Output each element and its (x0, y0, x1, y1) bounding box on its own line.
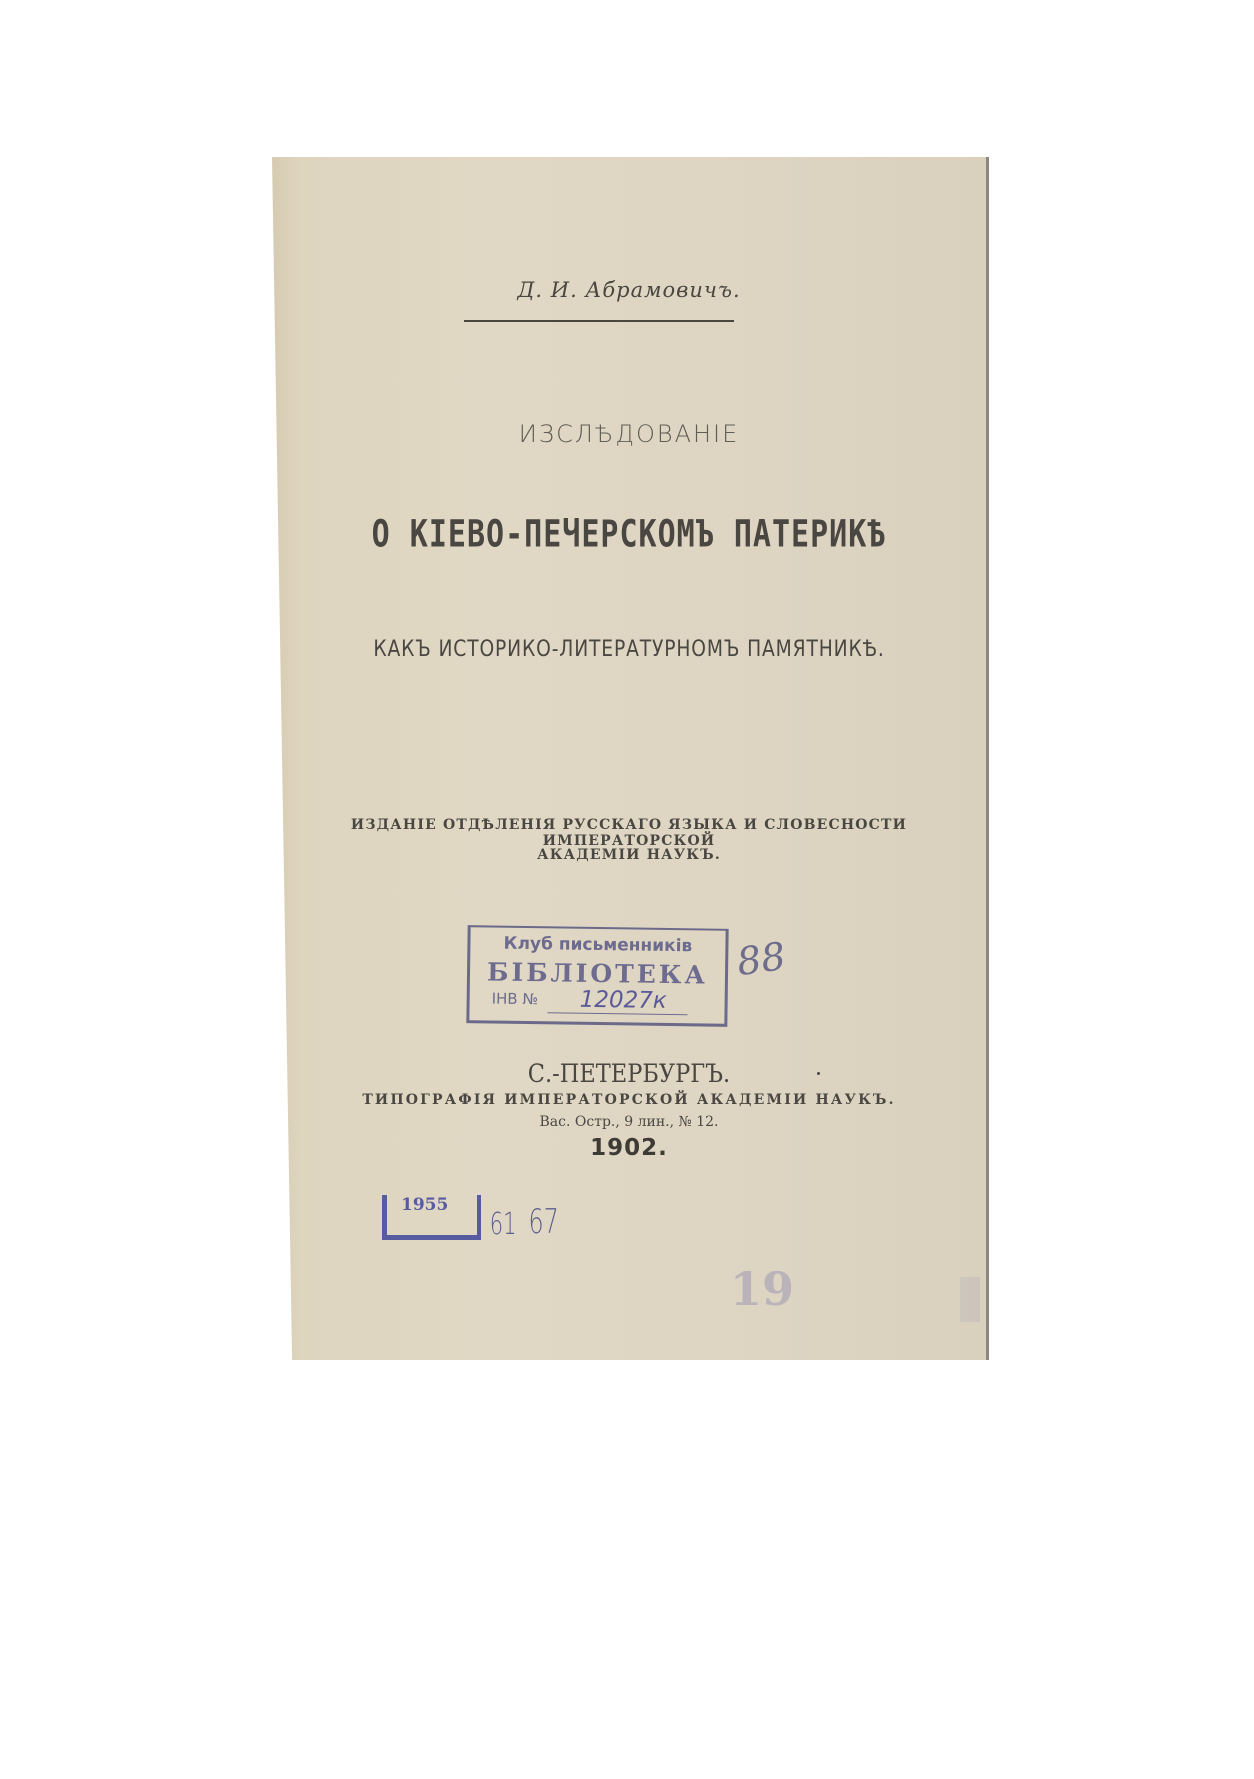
faded-stamp-edge (960, 1277, 980, 1322)
shelf-mark-1: 61 (490, 1207, 517, 1242)
subtitle-bottom: КАКЪ ИСТОРИКО-ЛИТЕРАТУРНОМЪ ПАМЯТНИКѢ. (326, 637, 933, 662)
city: С.-ПЕТЕРБУРГЪ. (308, 1059, 951, 1088)
publication-year: 1902. (272, 1135, 986, 1161)
printer-address: Вас. Остр., 9 лин., № 12. (272, 1114, 986, 1130)
faded-stamp: 19 (730, 1262, 794, 1316)
stamp-inv-label: ІНВ № (492, 990, 539, 1009)
ink-dot (817, 1072, 820, 1075)
library-stamp: Клуб письменників БІБЛІОТЕКА ІНВ № 12027… (466, 925, 728, 1027)
shelf-mark-2: 67 (528, 1202, 558, 1242)
printer: ТИПОГРАФІЯ ИМПЕРАТОРСКОЙ АКАДЕМІИ НАУКЪ. (272, 1092, 986, 1108)
author-name: Д. И. Абрамовичъ. (272, 278, 986, 302)
stamp-library: БІБЛІОТЕКА (470, 957, 725, 990)
book-title-page: Д. И. Абрамовичъ. ИЗСЛѢДОВАНІЕ О КІЕВО-П… (272, 157, 989, 1360)
year-stamp: 1955 (382, 1195, 481, 1240)
publisher-line-2: АКАДЕМІИ НАУКЪ. (272, 847, 986, 863)
year-stamp-text: 1955 (401, 1195, 448, 1215)
subtitle-top: ИЗСЛѢДОВАНІЕ (272, 420, 986, 448)
publisher-line-1: ИЗДАНІЕ ОТДѢЛЕНІЯ РУССКАГО ЯЗЫКА И СЛОВЕ… (272, 817, 986, 849)
stamp-club-name: Клуб письменників (470, 933, 725, 957)
author-underline (464, 320, 734, 322)
main-title: О КІЕВО-ПЕЧЕРСКОМЪ ПАТЕРИКѢ (272, 513, 986, 557)
margin-note: 88 (734, 934, 788, 984)
stamp-inv-number: 12027к (579, 987, 666, 1014)
